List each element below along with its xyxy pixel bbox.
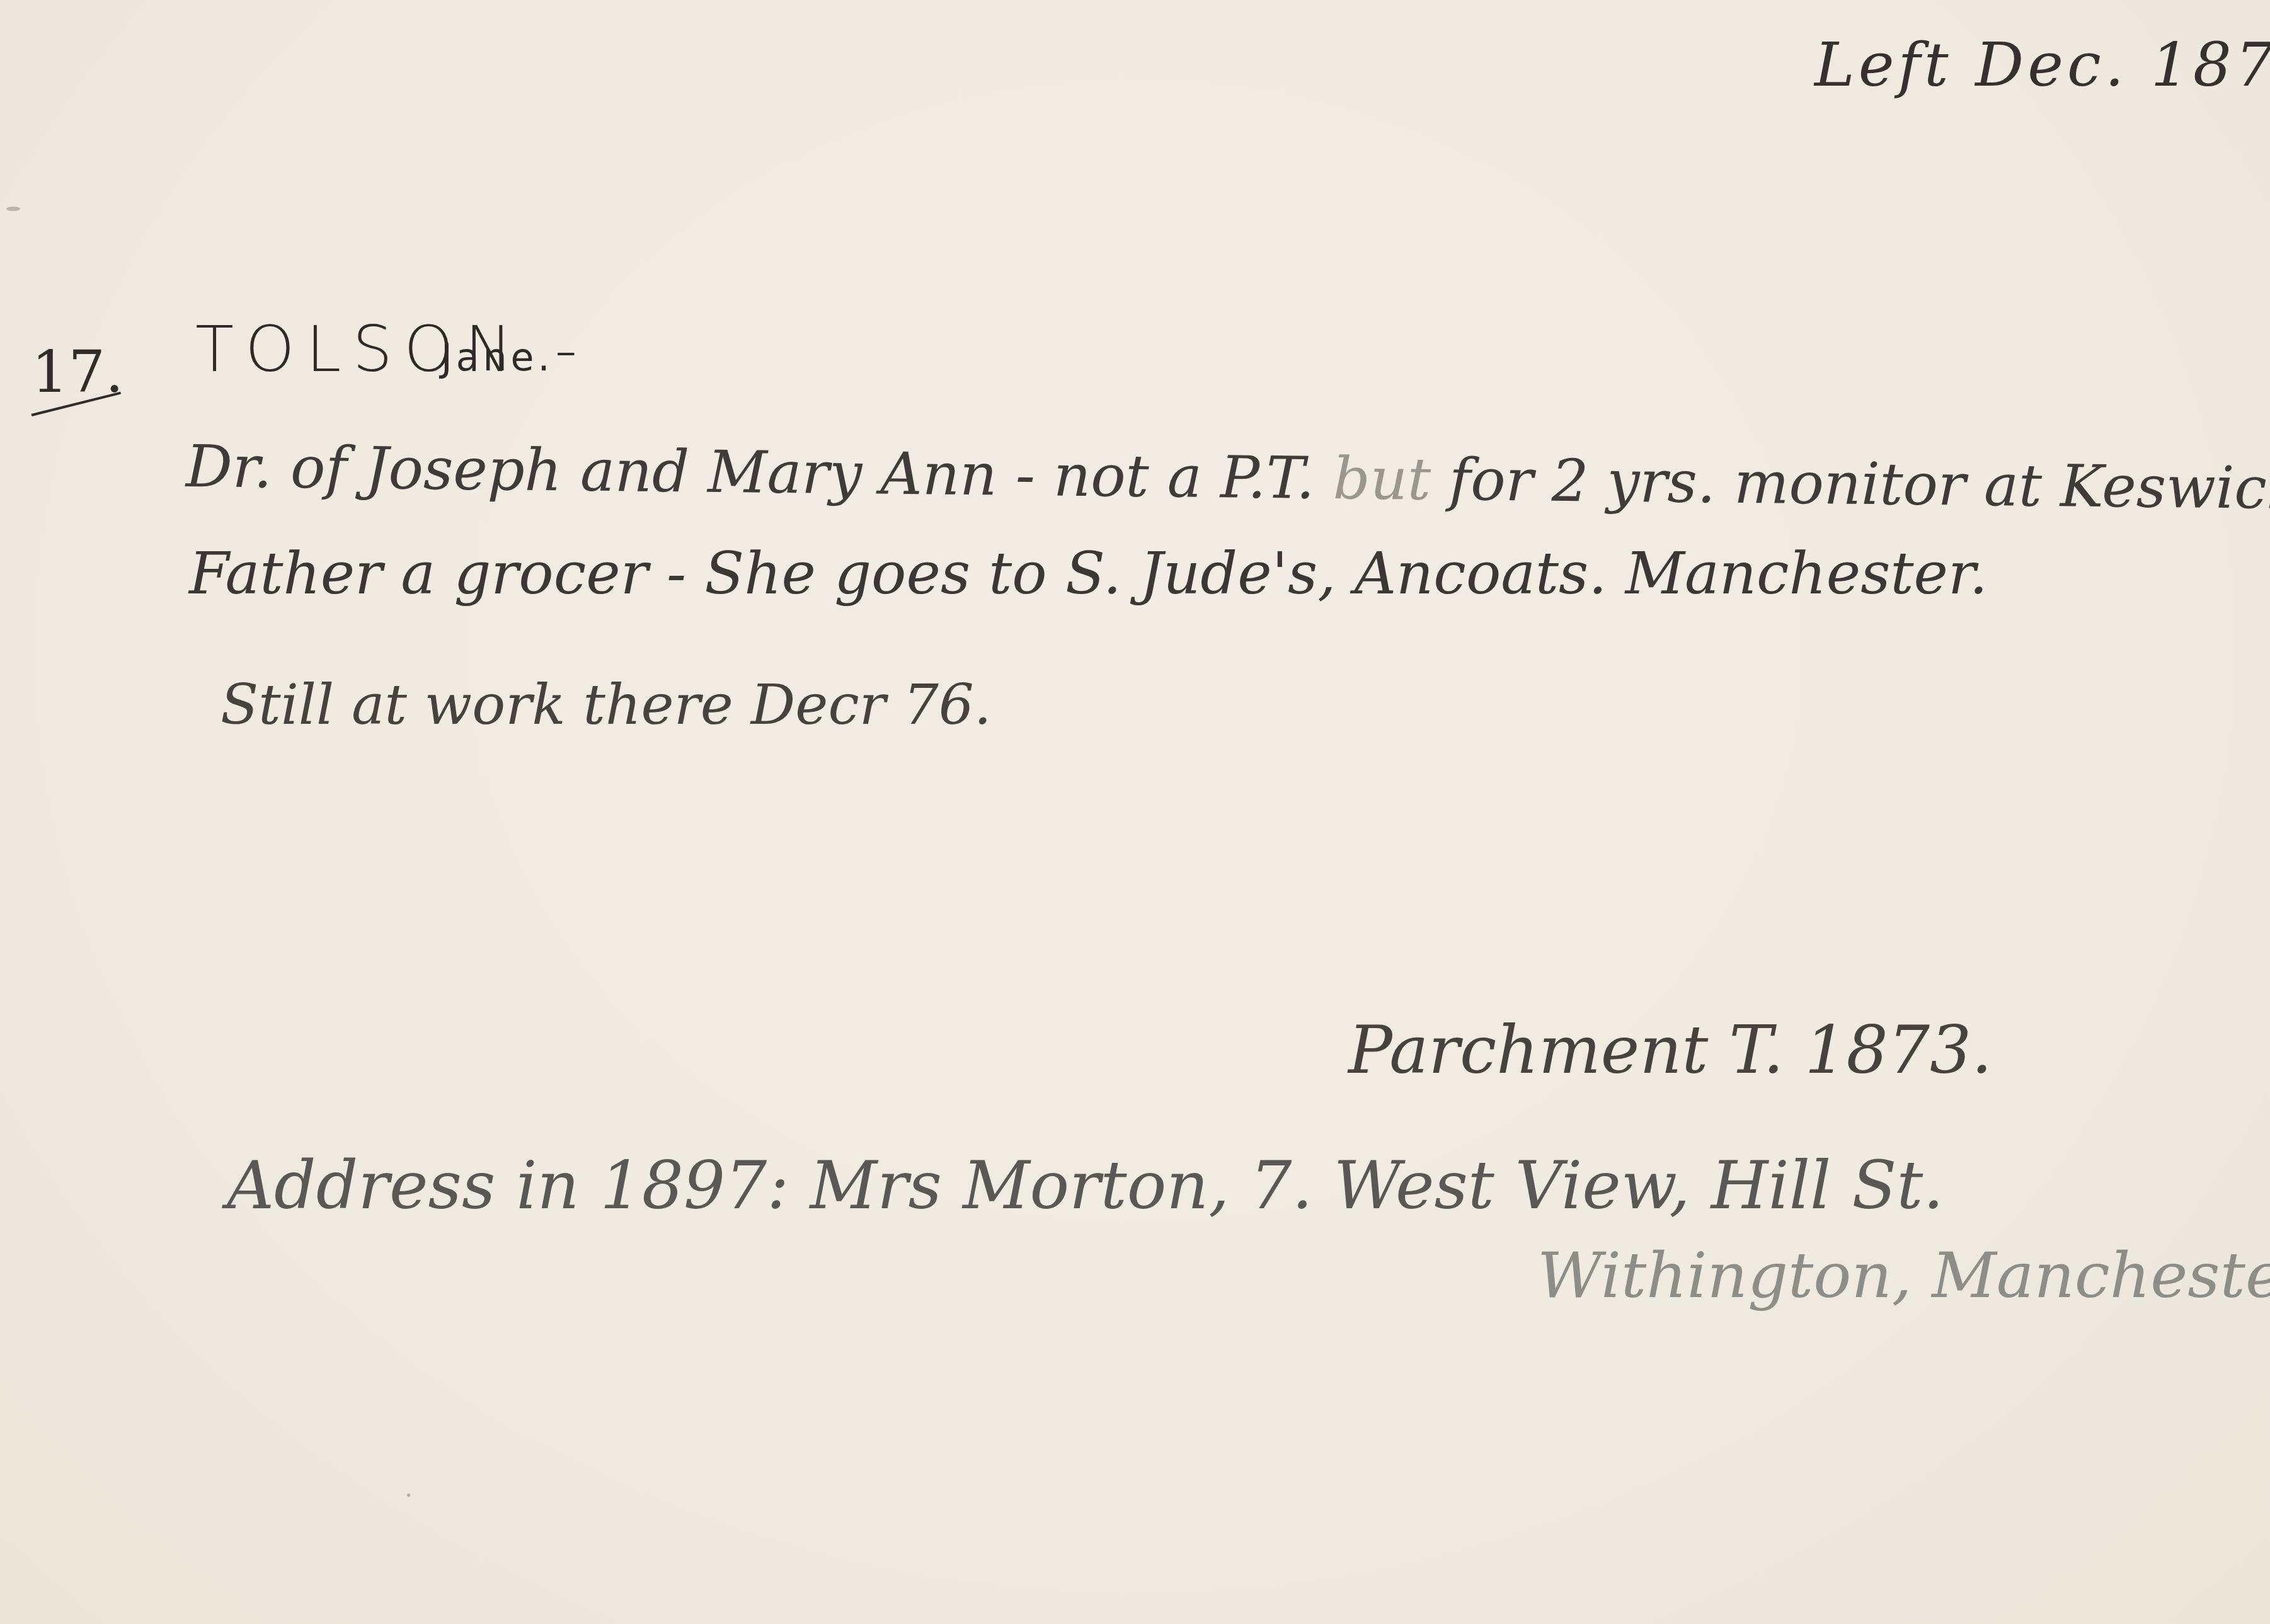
address-line-1: Address in 1897: Mrs Morton, 7. West Vie…: [227, 1153, 1944, 1218]
parentage-text-end: for 2 yrs. monitor at Keswick.: [1430, 446, 2270, 523]
paper-speck: [6, 207, 20, 211]
parentage-faded-word: but: [1333, 445, 1431, 513]
entry-line-parentage: Dr. of Joseph and Mary Ann - not a P.T. …: [186, 438, 2270, 518]
entry-line-father: Father a grocer - She goes to S. Jude's,…: [189, 545, 1988, 603]
paper-speck: [407, 1494, 410, 1497]
left-date-note: Left Dec. 1870.: [1814, 35, 2270, 95]
parchment-note: Parchment T. 1873.: [1348, 1017, 1992, 1083]
entry-line-still-at-work: Still at work there Decr 76.: [221, 677, 992, 733]
entry-forename: Jane.: [441, 339, 553, 377]
entry-number: 17.: [32, 343, 123, 401]
parentage-text-start: Dr. of Joseph and Mary Ann - not a P.T.: [185, 433, 1333, 512]
register-page: Left Dec. 1870. 17. TOLSON - Jane. Dr. o…: [0, 0, 2270, 1624]
address-line-2: Withington, Manchester.: [1537, 1244, 2270, 1307]
